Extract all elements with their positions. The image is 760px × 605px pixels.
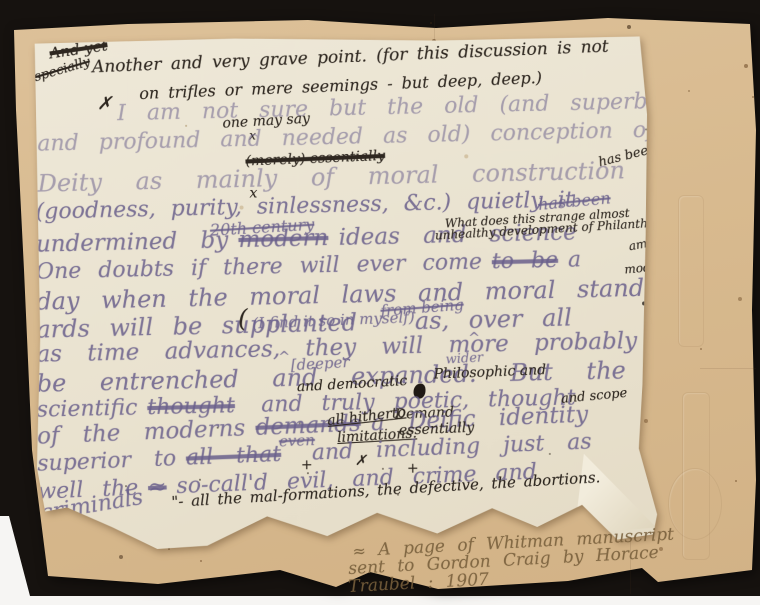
line-segment: superior to (37, 446, 177, 477)
blind-stamp-emboss (668, 468, 722, 540)
foxing-specks (0, 0, 2, 2)
caret-mark: ^ (278, 350, 290, 364)
blind-stamp-emboss (678, 195, 704, 347)
deleted-words: to be (492, 248, 559, 274)
insertion-note: has been (597, 142, 657, 169)
deleted-word: modern (238, 225, 328, 253)
page-corner-fold (574, 453, 659, 535)
manuscript-page-wrap: And yet specially Another and very grave… (35, 34, 658, 553)
deleted-squiggle: ≈ (148, 474, 167, 500)
paren-mark: ( (238, 307, 248, 331)
x-mark: ✗ (97, 95, 112, 113)
mat-crease (700, 368, 756, 369)
manuscript-page: And yet specially Another and very grave… (35, 34, 658, 553)
photograph-of-manuscript: And yet specially Another and very grave… (0, 0, 760, 605)
line-segment: undermined by (36, 227, 229, 257)
line-segment: scientific (37, 395, 138, 422)
page-specks (35, 38, 37, 40)
deleted-words: all that (185, 442, 281, 471)
line-segment: a (568, 247, 582, 272)
